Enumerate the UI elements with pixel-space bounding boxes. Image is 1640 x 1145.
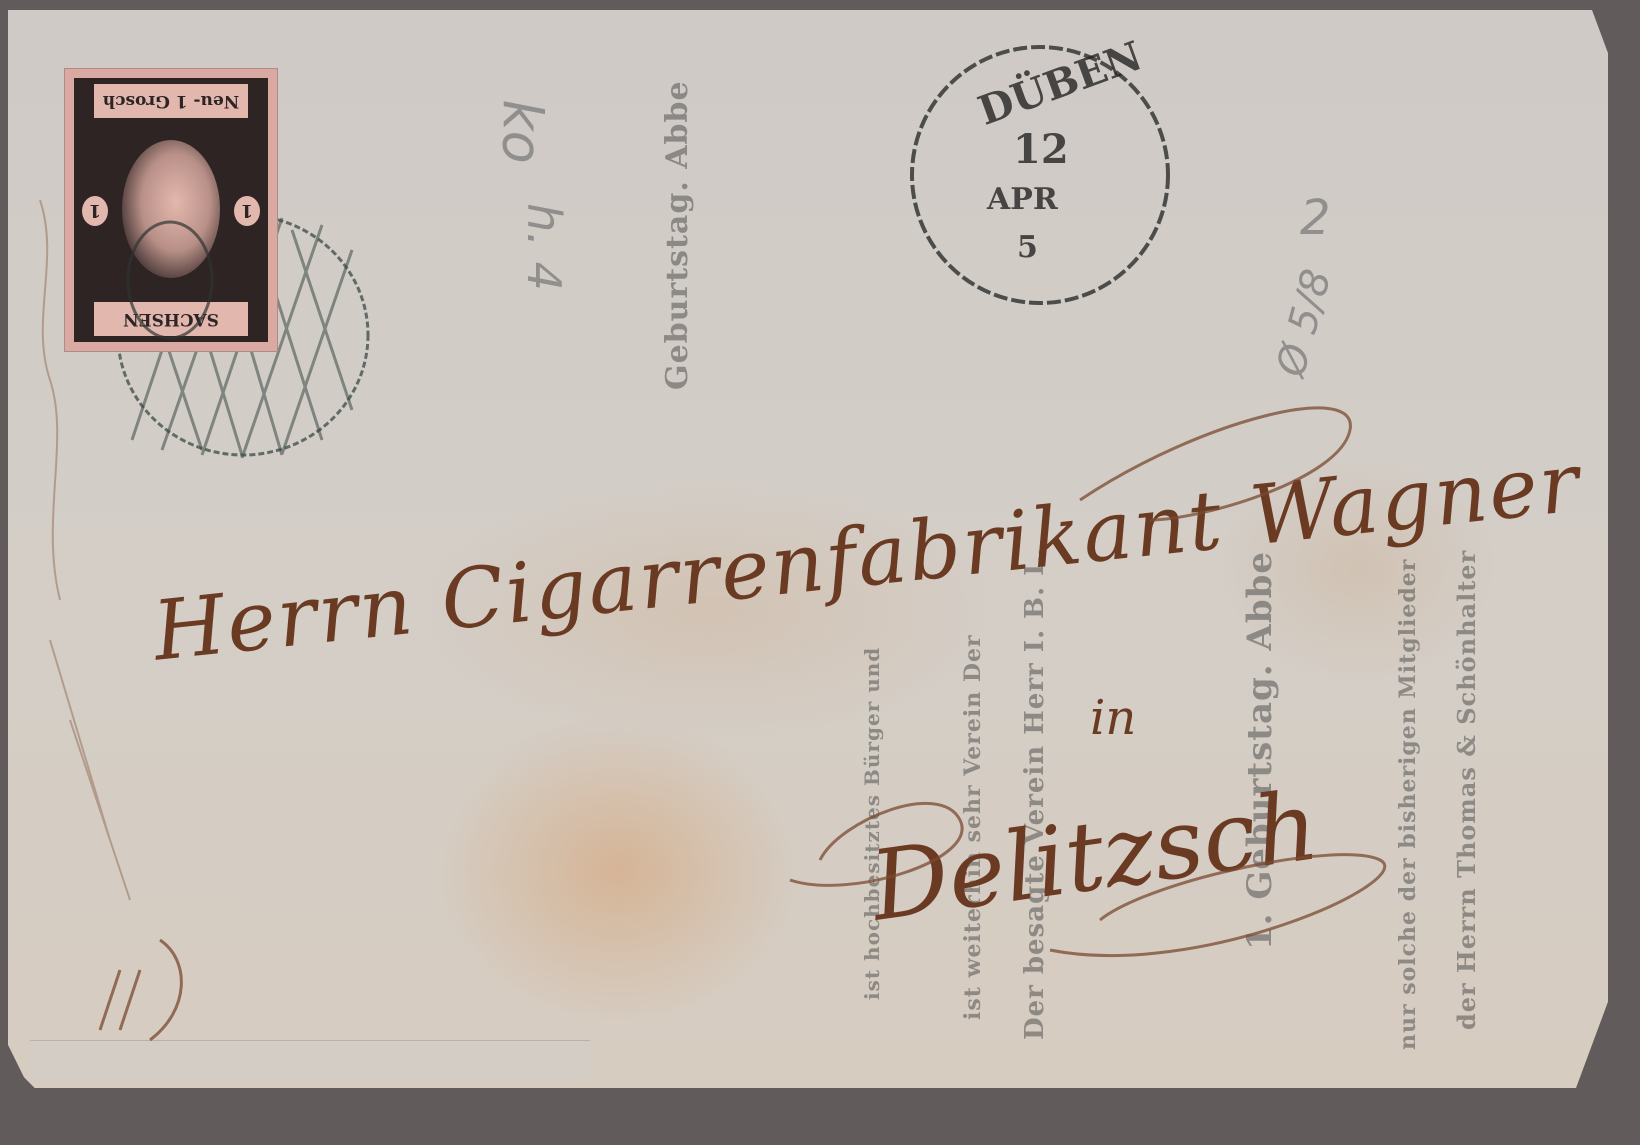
ink-flourishes-icon [0,0,1640,1145]
